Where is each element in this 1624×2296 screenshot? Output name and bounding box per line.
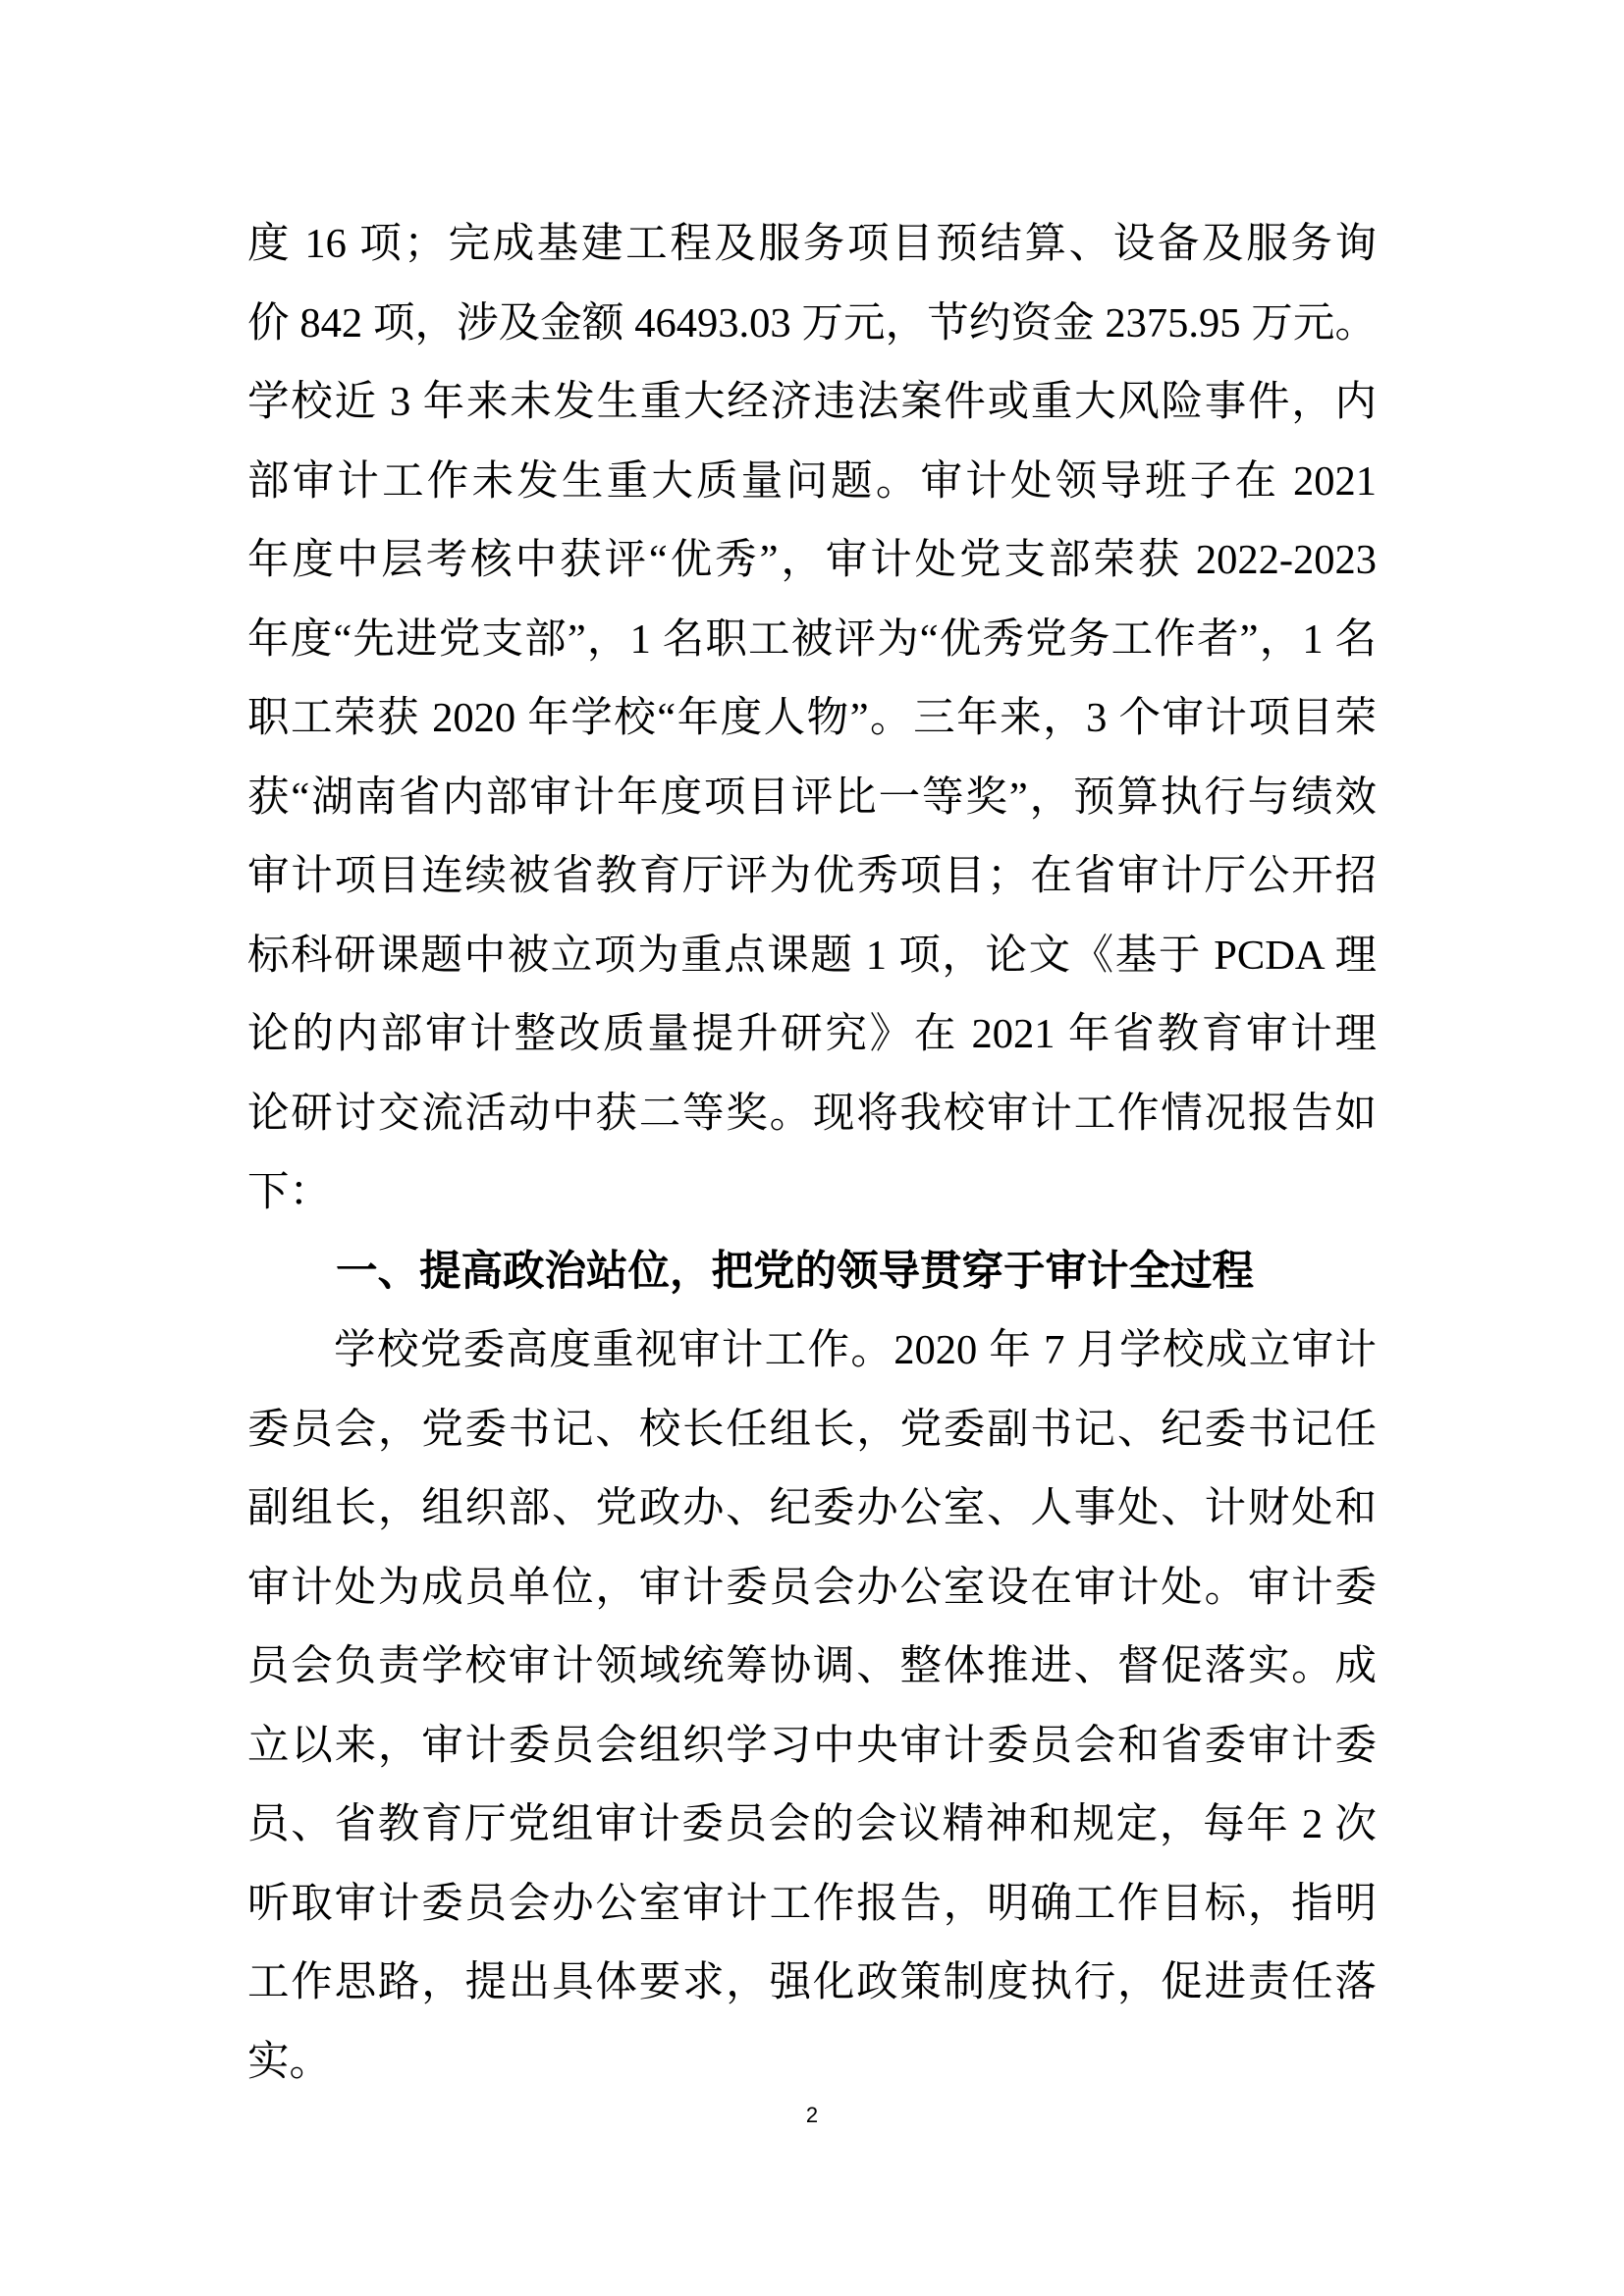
text-line: 价 842 项，涉及金额 46493.03 万元，节约资金 2375.95 万元… [247,285,1377,364]
continuation-paragraph: 度 16 项；完成基建工程及服务项目预结算、设备及服务询 价 842 项，涉及金… [247,205,1377,1233]
text-line: 标科研课题中被立项为重点课题 1 项，论文《基于 PCDA 理 [247,917,1377,996]
text-line: 获“湖南省内部审计年度项目评比一等奖”，预算执行与绩效 [247,759,1377,838]
section-heading: 一、提高政治站位，把党的领导贯穿于审计全过程 [247,1233,1377,1312]
text-line: 实。 [247,2023,1377,2103]
text-line: 审计处为成员单位，审计委员会办公室设在审计处。审计委 [247,1549,1377,1629]
body-paragraph: 学校党委高度重视审计工作。2020 年 7 月学校成立审计 委员会，党委书记、校… [247,1311,1377,2102]
text-line: 员会负责学校审计领域统筹协调、整体推进、督促落实。成 [247,1628,1377,1707]
text-line: 部审计工作未发生重大质量问题。审计处领导班子在 2021 [247,443,1377,522]
text-line: 度 16 项；完成基建工程及服务项目预结算、设备及服务询 [247,205,1377,285]
text-line: 职工荣获 2020 年学校“年度人物”。三年来，3 个审计项目荣 [247,679,1377,759]
text-line: 年度中层考核中获评“优秀”，审计处党支部荣获 2022-2023 [247,521,1377,601]
text-line: 员、省教育厅党组审计委员会的会议精神和规定，每年 2 次 [247,1786,1377,1865]
text-line: 听取审计委员会办公室审计工作报告，明确工作目标，指明 [247,1865,1377,1945]
text-line: 工作思路，提出具体要求，强化政策制度执行，促进责任落 [247,1944,1377,2023]
document-page: 度 16 项；完成基建工程及服务项目预结算、设备及服务询 价 842 项，涉及金… [0,0,1624,2296]
body-text: 度 16 项；完成基建工程及服务项目预结算、设备及服务询 价 842 项，涉及金… [247,205,1377,2102]
page-number: 2 [0,2101,1624,2130]
text-line: 学校近 3 年来未发生重大经济违法案件或重大风险事件，内 [247,363,1377,443]
text-line: 年度“先进党支部”，1 名职工被评为“优秀党务工作者”，1 名 [247,601,1377,680]
text-line: 审计项目连续被省教育厅评为优秀项目；在省审计厅公开招 [247,837,1377,917]
text-line: 委员会，党委书记、校长任组长，党委副书记、纪委书记任 [247,1391,1377,1470]
text-line: 论的内部审计整改质量提升研究》在 2021 年省教育审计理 [247,995,1377,1075]
text-line: 下： [247,1153,1377,1233]
text-line: 论研讨交流活动中获二等奖。现将我校审计工作情况报告如 [247,1075,1377,1154]
text-line: 副组长，组织部、党政办、纪委办公室、人事处、计财处和 [247,1469,1377,1549]
text-line: 学校党委高度重视审计工作。2020 年 7 月学校成立审计 [247,1311,1377,1391]
text-line: 立以来，审计委员会组织学习中央审计委员会和省委审计委 [247,1707,1377,1787]
